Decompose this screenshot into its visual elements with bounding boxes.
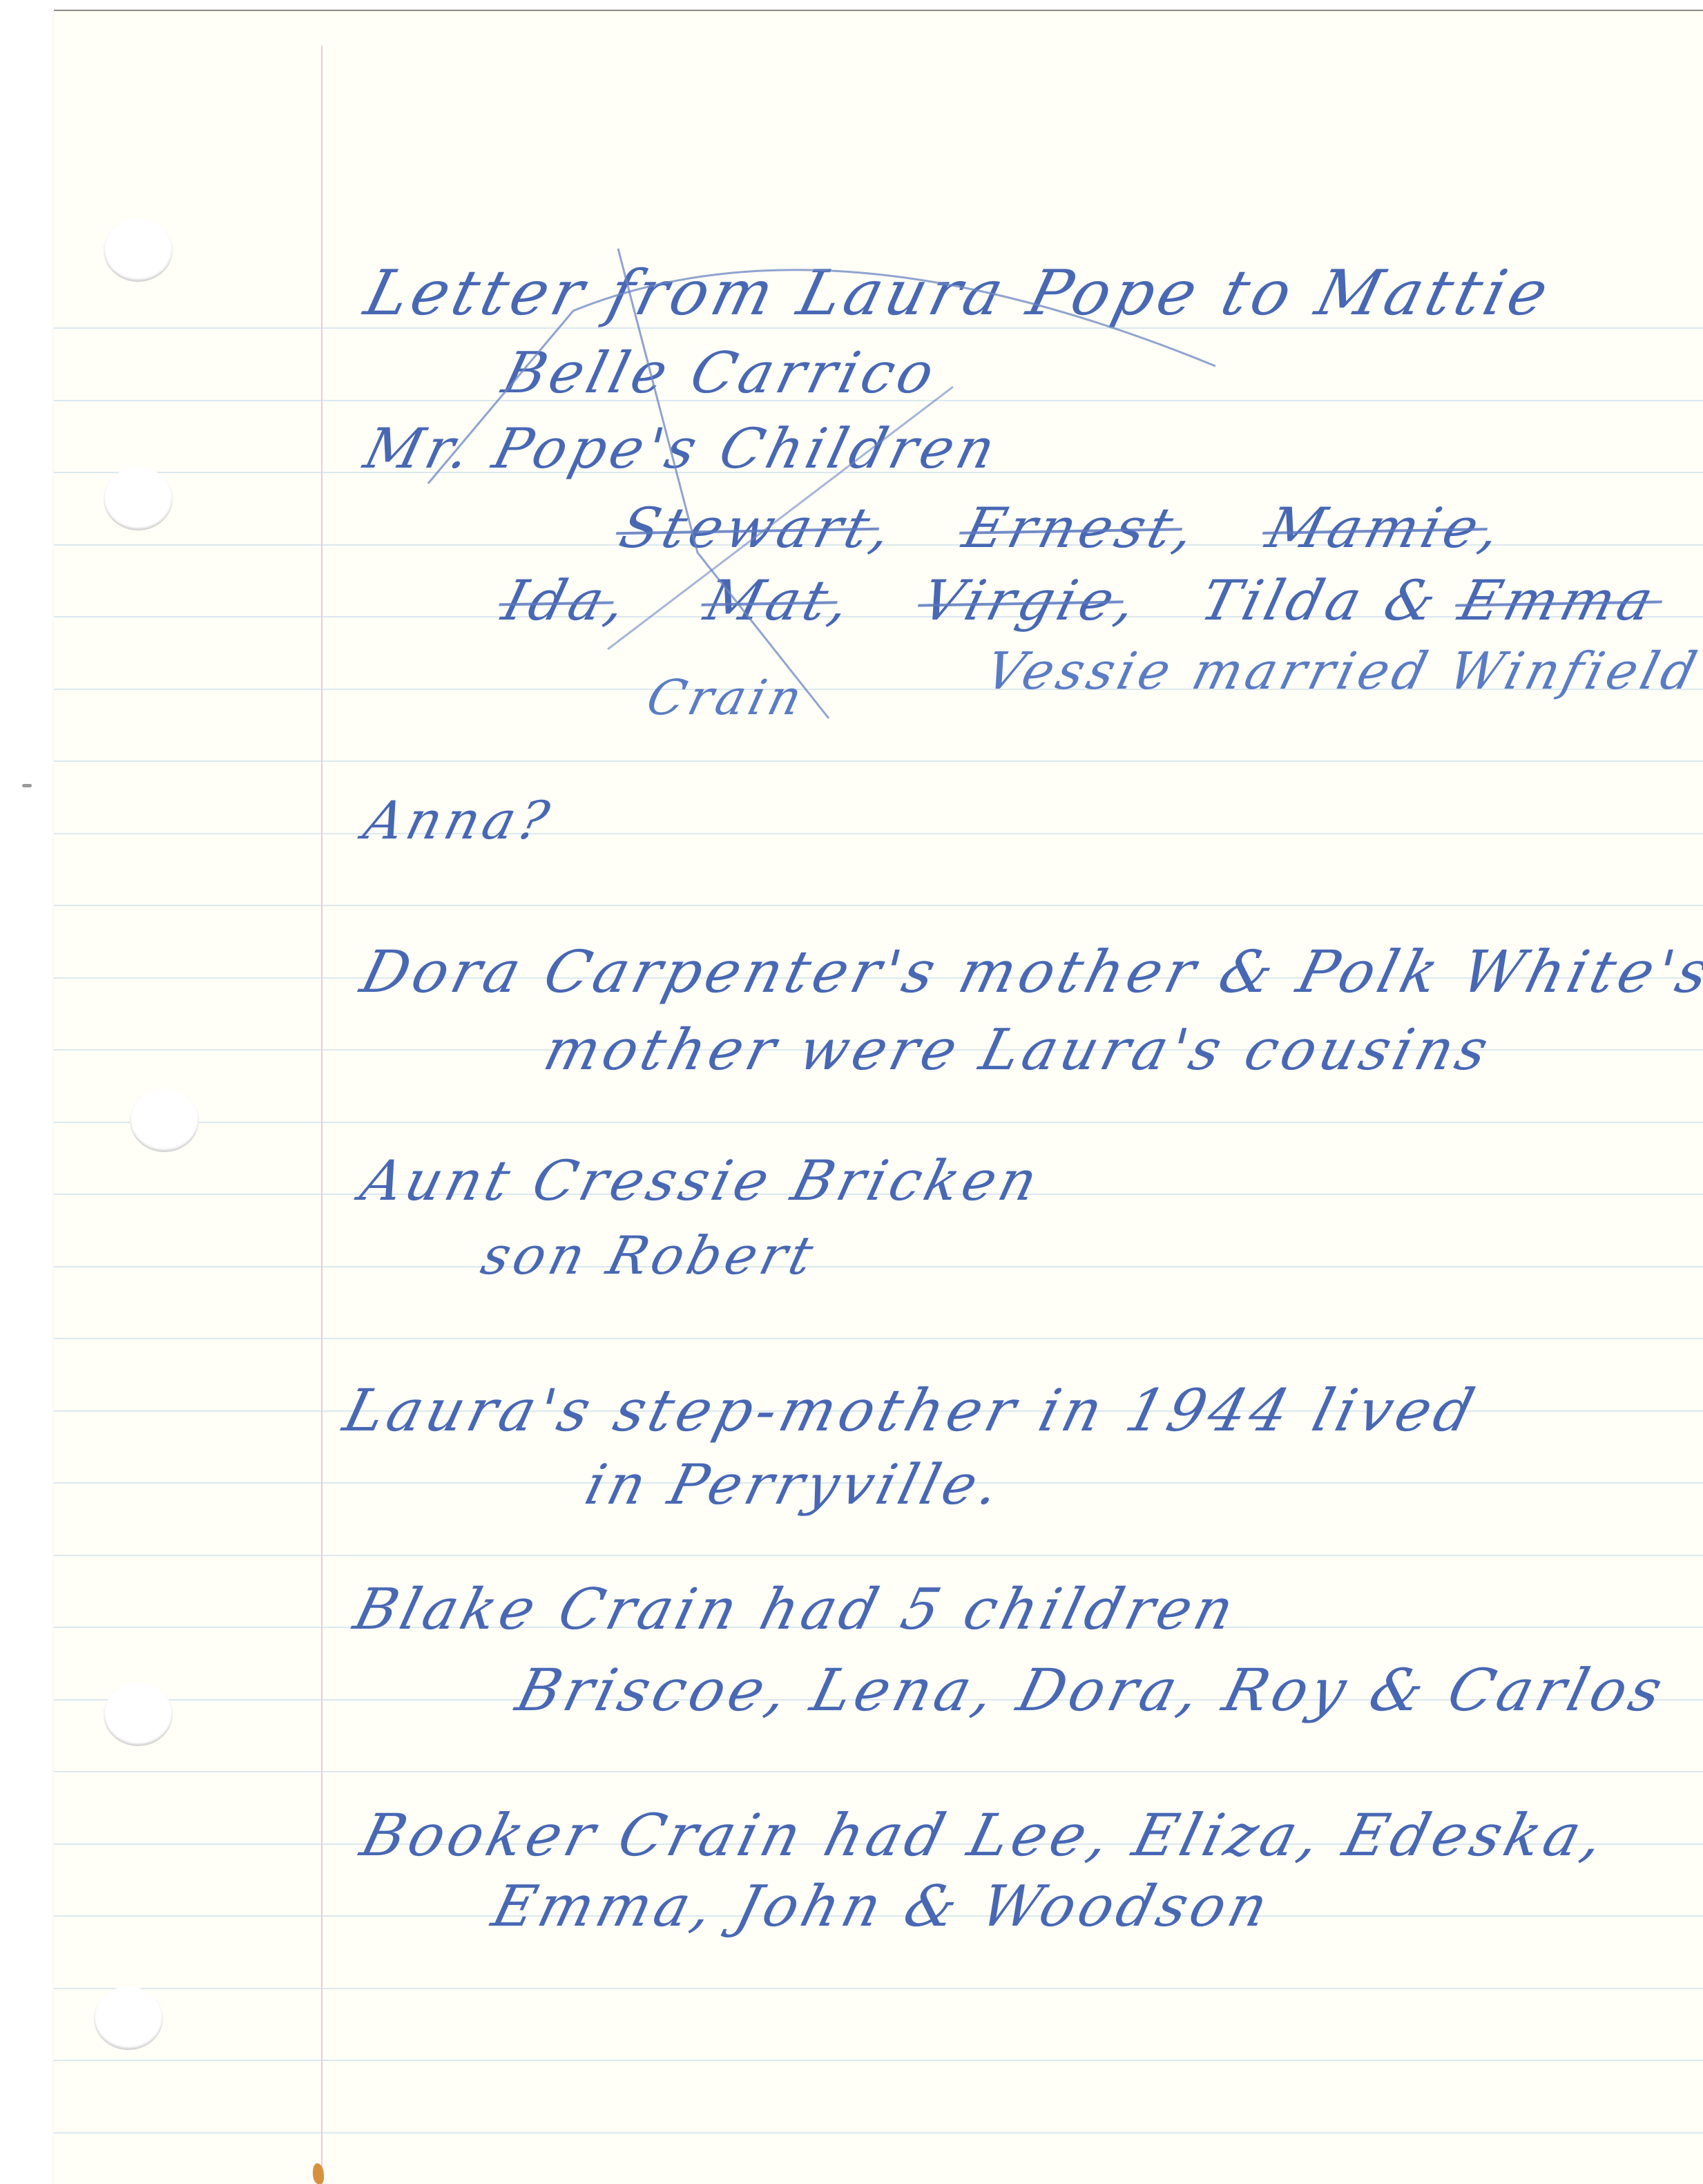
child-name: Ida <box>497 573 613 629</box>
margin-line <box>321 46 323 2184</box>
child-name: Tilda <box>1195 568 1372 633</box>
children-heading: Mr. Pope's Children <box>359 421 1004 477</box>
entry-booker-line2: Emma, John & Woodson <box>487 1879 1277 1935</box>
children-row-1: Stewart, Ernest, Mamie, <box>615 501 1510 556</box>
punch-hole-bottom <box>94 1986 163 2050</box>
rule-line <box>54 760 1703 762</box>
child-name: Virgie <box>916 573 1124 629</box>
rule-line <box>54 2060 1703 2061</box>
entry-stepmother-line2: in Perryville. <box>580 1457 1008 1513</box>
rule-line <box>54 1771 1703 1772</box>
rule-line <box>54 905 1703 906</box>
entry-stepmother-line1: Laura's step-mother in 1944 lived <box>338 1381 1483 1439</box>
rule-line <box>54 1266 1703 1267</box>
rule-line <box>54 1988 1703 1989</box>
entry-dora-line1: Dora Carpenter's mother & Polk White's <box>356 943 1703 1001</box>
punch-hole-upper <box>104 467 173 530</box>
entry-dora-line2: mother were Laura's cousins <box>539 1022 1497 1079</box>
entry-anna: Anna? <box>359 794 558 847</box>
rule-line <box>54 1555 1703 1556</box>
child-name: Mamie <box>1261 501 1488 556</box>
entry-blake-line1: Blake Crain had 5 children <box>349 1582 1243 1638</box>
rule-line <box>54 2132 1703 2134</box>
letter-title-line2: Belle Carrico <box>497 345 943 402</box>
letter-title-line1: Letter from Laura Pope to Mattie <box>359 262 1558 325</box>
entry-cressie-line2: son Robert <box>477 1229 822 1282</box>
rule-line <box>54 1338 1703 1339</box>
entry-booker-line1: Booker Crain had Lee, Eliza, Edeska, <box>356 1806 1613 1864</box>
punch-hole-middle <box>130 1089 199 1152</box>
scan-speck <box>22 784 32 787</box>
child-name: Emma <box>1454 573 1662 629</box>
punch-hole-top <box>104 218 173 282</box>
ampersand: & <box>1378 568 1447 633</box>
note-crain: Crain <box>642 673 811 722</box>
rule-line <box>54 833 1703 834</box>
note-vessie: Vessie married Winfield <box>981 646 1703 697</box>
children-row-2: Ida, Mat, Virgie, Tilda & Emma <box>497 573 1662 629</box>
punch-hole-lower <box>104 1683 173 1746</box>
rule-line <box>54 1122 1703 1123</box>
entry-cressie-line1: Aunt Cressie Bricken <box>356 1153 1046 1209</box>
child-name: Mat <box>700 573 838 629</box>
entry-blake-line2: Briscoe, Lena, Dora, Roy & Carlos <box>511 1661 1672 1719</box>
child-name: Stewart <box>615 501 879 556</box>
child-name: Ernest <box>958 501 1182 556</box>
